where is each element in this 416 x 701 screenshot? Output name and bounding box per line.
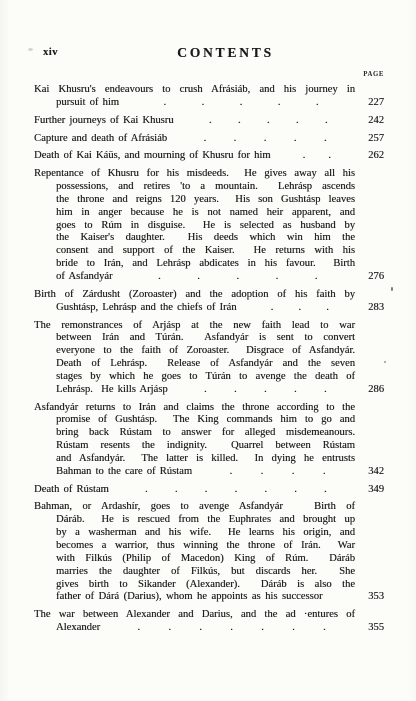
toc-line-text: goes to Rúm in disguise. He is selected … [56,220,355,231]
toc-line-text: The war between Alexander and Darius, an… [34,609,355,620]
toc-line: Rústam resents the indignity. Quarrel be… [56,440,355,453]
toc-line: Birth of Zárdusht (Zoroaster) and the ad… [34,289,355,302]
toc-line: everyone to the faith of Zoroaster. Disg… [56,345,355,358]
toc-line-text: consent and support of the Kaiser. He re… [56,245,355,256]
toc-page-number: 349 [363,484,384,497]
toc-line-text: Death of Kai Káüs, and mourning of Khusr… [34,150,271,163]
toc-line: Alexander.......355 [56,622,384,635]
toc-line: between Irán and Túrán. Asfandyár is sen… [56,332,355,345]
toc-line-text: Rústam resents the indignity. Quarrel be… [56,440,355,451]
toc-entry: Bahman, or Ardashír, goes to avenge Asfa… [34,501,384,604]
toc-line: promise of Gushtásp. The King commands h… [56,414,355,427]
dot-leaders: .. [271,150,363,163]
toc-line-text: marries the daughter of Filkús, but disc… [56,566,355,577]
toc-line-text: with Filkús (Philip of Macedon) King of … [56,553,355,564]
toc-line-text: The remonstrances of Arjásp at the new f… [34,320,355,331]
dot-leaders: ..... [174,115,363,128]
toc-line: Death of Kai Káüs, and mourning of Khusr… [34,150,384,163]
toc-line: Bahman, or Ardashír, goes to avenge Asfa… [34,501,355,514]
toc-line: The war between Alexander and Darius, an… [34,609,355,622]
page-column-label: PAGE [363,71,384,78]
toc-line-text: Death of Lehrásp. Release of Asfandyár a… [56,358,355,369]
toc-line-text: Dáráb. He is rescued from the Euphrates … [56,514,355,525]
toc-page-number: 257 [363,133,384,146]
toc-line: father of Dárá (Darius), whom he appoint… [56,591,384,604]
toc-line: Asfandyár returns to Irán and claims the… [34,402,355,415]
toc-line-text: between Irán and Túrán. Asfandyár is sen… [56,332,355,343]
toc-page-number: 353 [363,591,384,604]
dot-leaders: ..... [167,133,363,146]
toc-line-text: father of Dárá (Darius), whom he appoint… [56,591,323,604]
toc-line: becomes a warrior, thus winning the thro… [56,540,355,553]
toc-line: of Asfandyár.....276 [56,271,384,284]
toc-line-text: bride to Irán, and Lehrásp abdicates in … [56,258,355,269]
book-page: xiv CONTENTS PAGE Kai Khusru's endeavour… [0,0,416,701]
toc-page-number: 276 [363,271,384,284]
dot-leaders: ..... [113,271,363,284]
toc-line-text: Further journeys of Kai Khusru [34,115,174,128]
toc-line: bride to Irán, and Lehrásp abdicates in … [56,258,355,271]
toc-line-text: Capture and death of Afrásiáb [34,133,167,146]
toc-line: Dáráb. He is rescued from the Euphrates … [56,514,355,527]
toc-line: Death of Lehrásp. Release of Asfandyár a… [56,358,355,371]
toc-entry: Death of Kai Káüs, and mourning of Khusr… [34,150,384,163]
toc-entry: Capture and death of Afrásiáb.....257 [34,133,384,146]
toc-line: Gushtásp, Lehrásp and the chiefs of Irán… [56,302,384,315]
toc-line-text: bring back Rústam to answer for alleged … [56,427,355,438]
toc-line: consent and support of the Kaiser. He re… [56,245,355,258]
dot-leaders: ..... [168,384,363,397]
toc-line-text: of Asfandyár [56,271,113,284]
toc-line: stages by which he goes to Túrán to aven… [56,371,355,384]
toc-line-text: Gushtásp, Lehrásp and the chiefs of Irán [56,302,237,315]
toc-line-text: Birth of Zárdusht (Zoroaster) and the ad… [34,289,355,300]
toc-entry: Birth of Zárdusht (Zoroaster) and the ad… [34,289,384,315]
toc-line: gives birth to Sikander (Alexander). Dár… [56,579,355,592]
toc-line-text: Alexander [56,622,100,635]
toc-line: Repentance of Khusru for his misdeeds. H… [34,168,355,181]
toc-line: The remonstrances of Arjásp at the new f… [34,320,355,333]
toc-line: pursuit of him.....227 [56,97,384,110]
scan-speck [391,287,393,291]
toc-page-number: 286 [363,384,384,397]
toc-line: bring back Rústam to answer for alleged … [56,427,355,440]
toc-line-text: and Asfandyár. The latter is killed. In … [56,453,355,464]
toc-line: Death of Rústam.......349 [34,484,384,497]
toc-entry: Kai Khusru's endeavours to crush Afrásiá… [34,84,384,110]
page-title: CONTENTS [43,45,408,61]
toc-line-text: Death of Rústam [34,484,109,497]
toc-line-text: stages by which he goes to Túrán to aven… [56,371,355,382]
dot-leaders: .... [192,466,363,479]
toc-page-number: 342 [363,466,384,479]
toc-line: the Kaiser's daughter. His deeds which w… [56,232,355,245]
toc-line-text: Asfandyár returns to Irán and claims the… [34,402,355,413]
toc-entry: Further journeys of Kai Khusru.....242 [34,115,384,128]
toc-line: by a washerman and his wife. He learns h… [56,527,355,540]
toc-entry: The war between Alexander and Darius, an… [34,609,384,635]
toc-line-text: everyone to the faith of Zoroaster. Disg… [56,345,355,356]
toc-page-number: 262 [363,150,384,163]
toc-line: goes to Rúm in disguise. He is selected … [56,220,355,233]
toc-line: Further journeys of Kai Khusru.....242 [34,115,384,128]
toc-line: with Filkús (Philip of Macedon) King of … [56,553,355,566]
toc-line-text: him in anger because he is not named hei… [56,207,355,218]
toc-line-text: Kai Khusru's endeavours to crush Afrásiá… [34,84,355,95]
toc-page-number: 227 [363,97,384,110]
toc-line-text: the Kaiser's daughter. His deeds which w… [56,232,355,243]
toc-line-text: becomes a warrior, thus winning the thro… [56,540,355,551]
dot-leaders: ..... [119,97,363,110]
toc-line-text: pursuit of him [56,97,119,110]
toc-line-text: possessions, and retires 'to a mountain.… [56,181,355,192]
toc-line: Kai Khusru's endeavours to crush Afrásiá… [34,84,355,97]
toc-line-text: Repentance of Khusru for his misdeeds. H… [34,168,355,179]
toc-entry: The remonstrances of Arjásp at the new f… [34,320,384,397]
scan-speck [384,361,386,363]
toc-line-text: the throne and reigns 120 years. His son… [56,194,355,205]
toc-line: marries the daughter of Filkús, but disc… [56,566,355,579]
toc-entry: Asfandyár returns to Irán and claims the… [34,402,384,479]
toc-line: possessions, and retires 'to a mountain.… [56,181,355,194]
toc-entry: Death of Rústam.......349 [34,484,384,497]
toc-line: and Asfandyár. The latter is killed. In … [56,453,355,466]
toc-entries: Kai Khusru's endeavours to crush Afrásiá… [34,84,384,635]
dot-leaders: ....... [109,484,363,497]
toc-line: Lehrásp. He kills Arjásp.....286 [56,384,384,397]
toc-line-text: Bahman, or Ardashír, goes to avenge Asfa… [34,501,355,512]
toc-line-text: Bahman to the care of Rústam [56,466,192,479]
toc-line: the throne and reigns 120 years. His son… [56,194,355,207]
toc-line: Capture and death of Afrásiáb.....257 [34,133,384,146]
toc-line: him in anger because he is not named hei… [56,207,355,220]
toc-line: Bahman to the care of Rústam....342 [56,466,384,479]
toc-line-text: gives birth to Sikander (Alexander). Dár… [56,579,355,590]
toc-page-number: 242 [363,115,384,128]
toc-line-text: promise of Gushtásp. The King commands h… [56,414,355,425]
toc-page-number: 355 [363,622,384,635]
toc-entry: Repentance of Khusru for his misdeeds. H… [34,168,384,284]
toc-page-number: 283 [363,302,384,315]
dot-leaders: ... [237,302,363,315]
scan-smudge [28,48,33,51]
toc-line-text: Lehrásp. He kills Arjásp [56,384,168,397]
dot-leaders: ....... [100,622,363,635]
toc-line-text: by a washerman and his wife. He learns h… [56,527,355,538]
